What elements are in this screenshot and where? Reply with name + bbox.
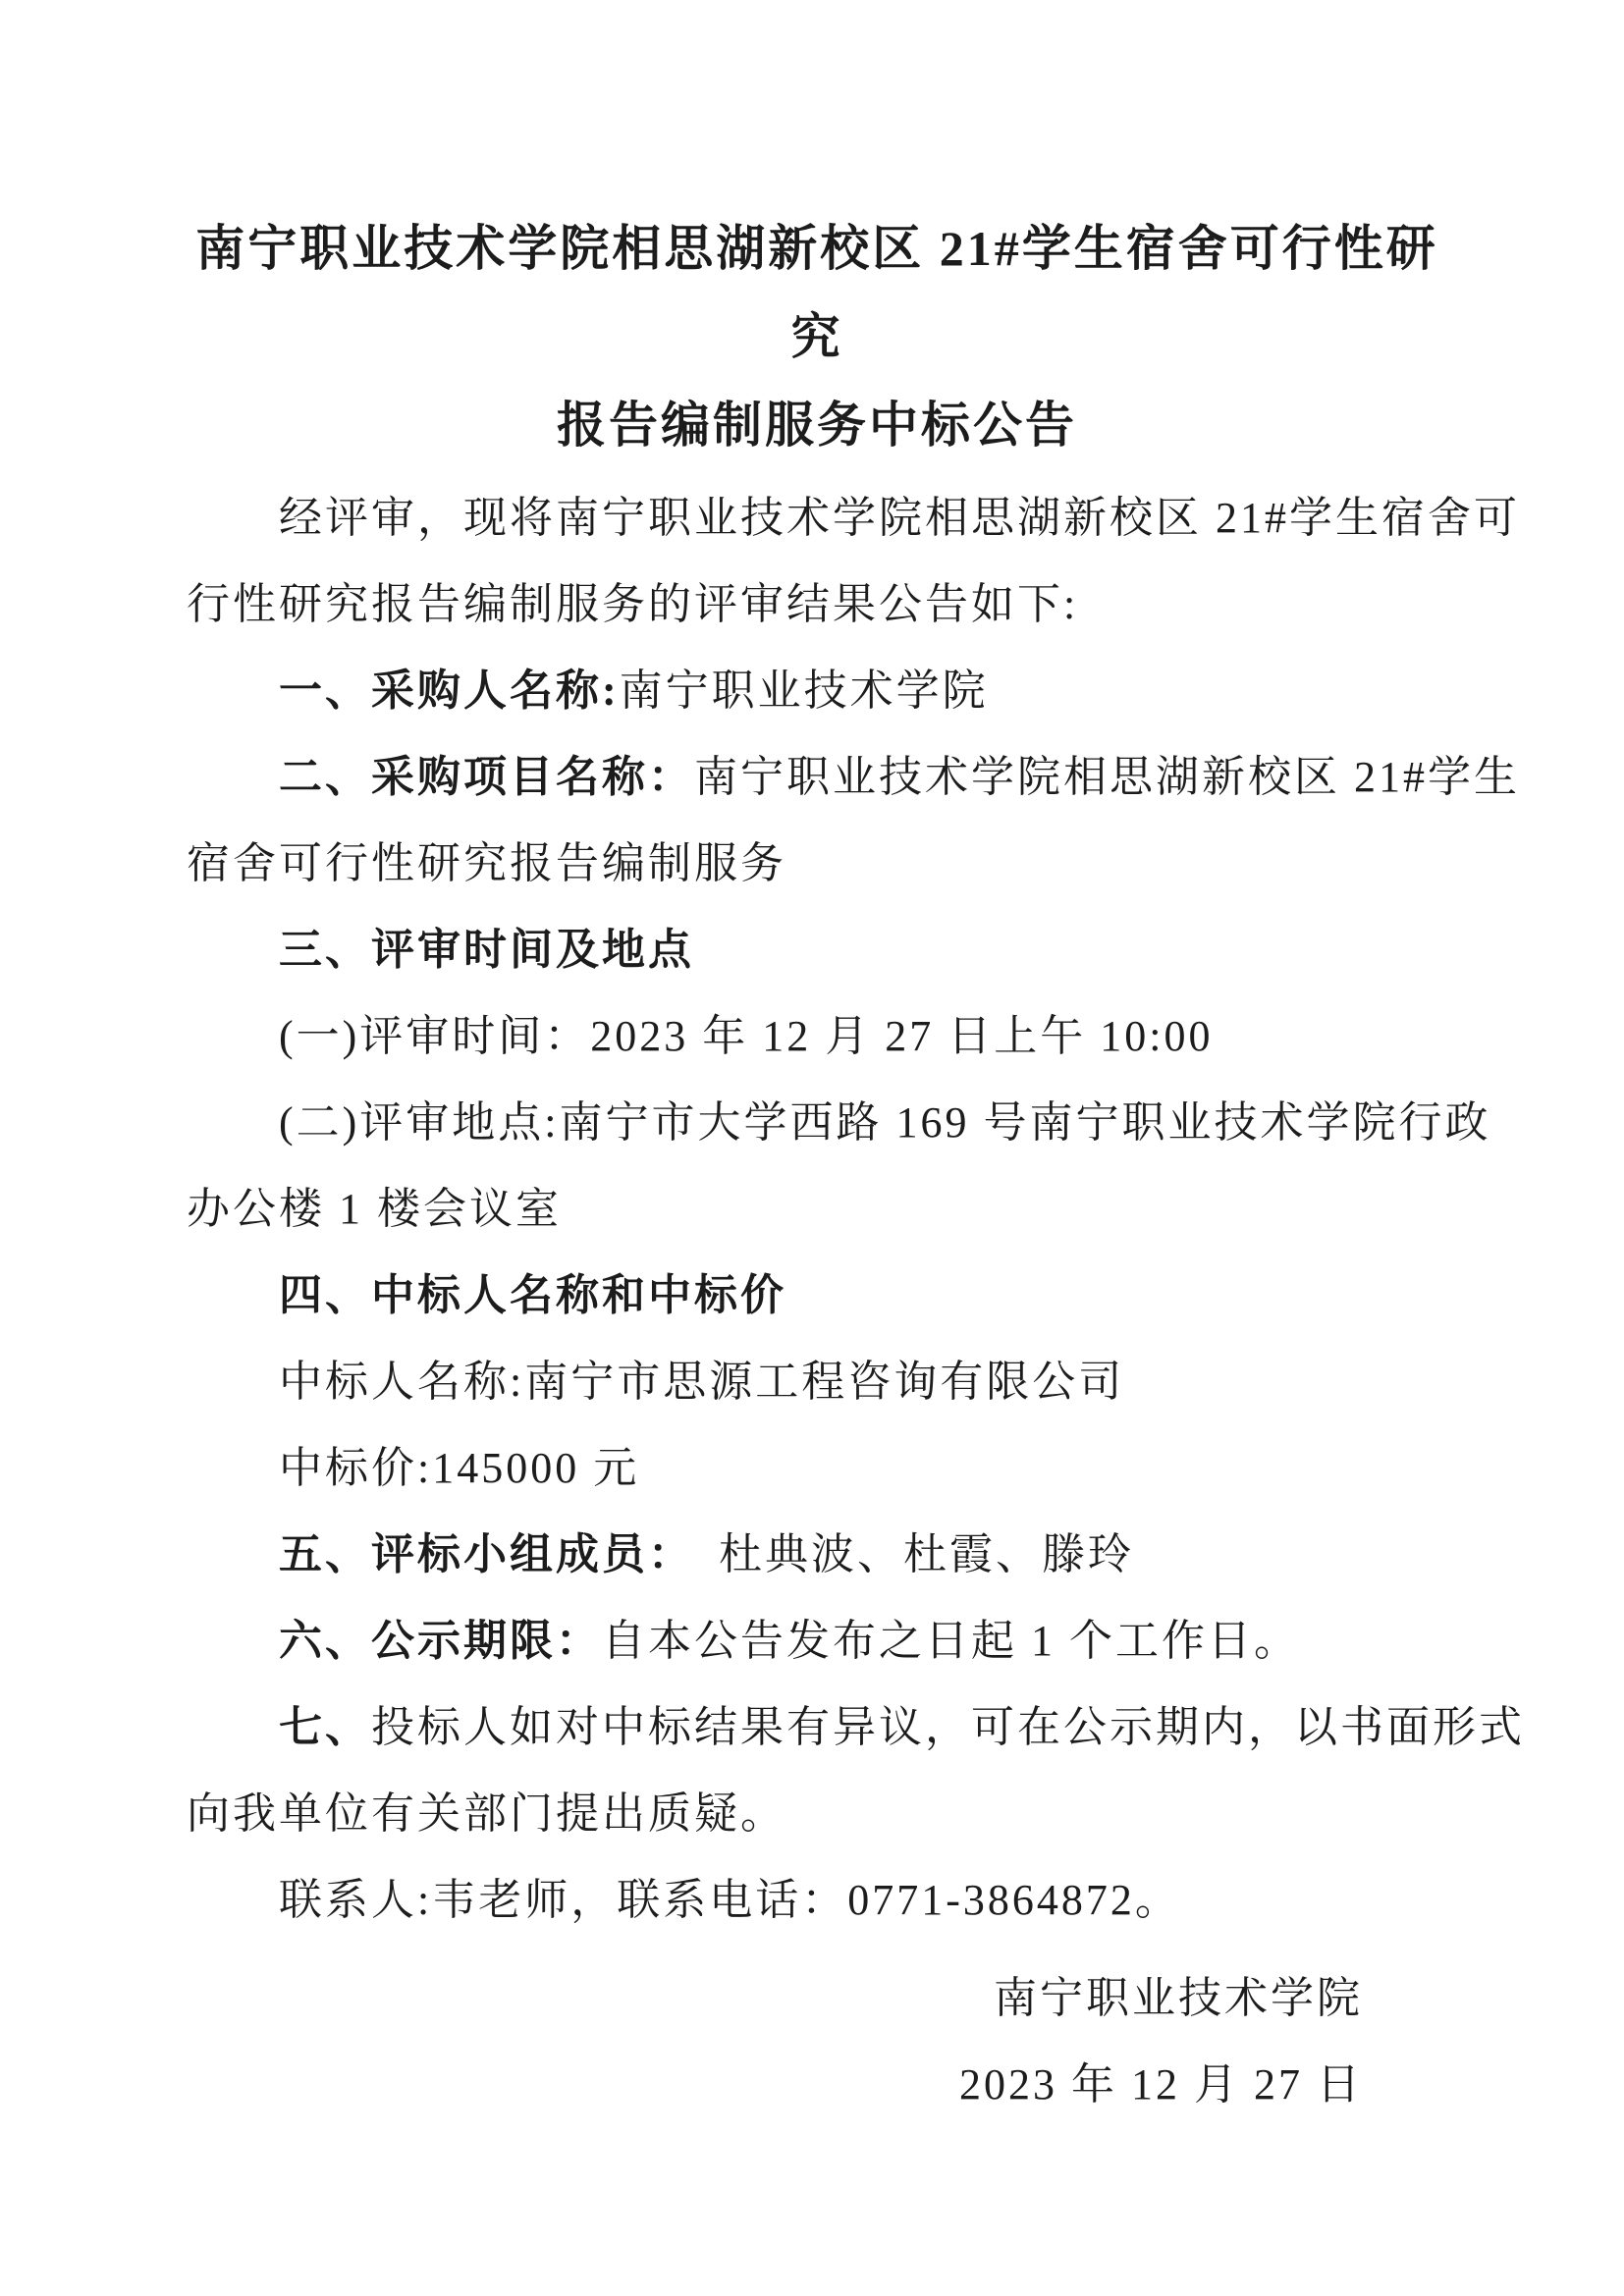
line-text: 行性研究报告编制服务的评审结果公告如下:: [187, 580, 1078, 628]
review-place-line-1: (二)评审地点:南宁市大学西路 169 号南宁职业技术学院行政: [187, 1080, 1447, 1166]
line-label: 二、采购项目名称：: [279, 753, 694, 801]
line-text: (一)评审时间：2023 年 12 月 27 日上午 10:00: [279, 1012, 1214, 1060]
line-label: 七、: [279, 1703, 371, 1751]
line-text: 中标价:145000 元: [279, 1444, 639, 1492]
line-text: 联系人:韦老师，联系电话：0771-3864872。: [279, 1876, 1181, 1924]
winner-price-line: 中标价:145000 元: [187, 1425, 1447, 1512]
signature-block: 南宁职业技术学院 2023 年 12 月 27 日: [187, 1955, 1447, 2128]
title-line-1: 南宁职业技术学院相思湖新校区 21#学生宿舍可行性研究: [187, 204, 1447, 381]
signature-org: 南宁职业技术学院: [187, 1955, 1363, 2042]
review-place-line-2: 办公楼 1 楼会议室: [187, 1166, 1447, 1253]
document-page: 南宁职业技术学院相思湖新校区 21#学生宿舍可行性研究 报告编制服务中标公告 经…: [0, 0, 1624, 2296]
line-label: 三、评审时间及地点: [279, 926, 694, 974]
line-text: 自本公告发布之日起 1 个工作日。: [602, 1617, 1300, 1665]
objection-line-1: 七、投标人如对中标结果有异议，可在公示期内，以书面形式: [187, 1684, 1447, 1771]
line-label: 五、评标小组成员：: [279, 1530, 673, 1578]
line-text: 向我单位有关部门提出质疑。: [187, 1789, 786, 1838]
line-text: 南宁职业技术学院: [620, 667, 989, 715]
winner-heading: 四、中标人名称和中标价: [187, 1253, 1447, 1339]
review-time-line: (一)评审时间：2023 年 12 月 27 日上午 10:00: [187, 993, 1447, 1080]
line-text: 中标人名称:南宁市思源工程咨询有限公司: [279, 1358, 1124, 1406]
line-text: 投标人如对中标结果有异议，可在公示期内，以书面形式: [371, 1703, 1525, 1751]
document-title: 南宁职业技术学院相思湖新校区 21#学生宿舍可行性研究 报告编制服务中标公告: [187, 204, 1447, 469]
line-label: 四、中标人名称和中标价: [279, 1271, 786, 1319]
line-text: 办公楼 1 楼会议室: [187, 1185, 562, 1233]
document-body: 经评审，现将南宁职业技术学院相思湖新校区 21#学生宿舍可 行性研究报告编制服务…: [187, 475, 1447, 1944]
line-text: 杜典波、杜霞、滕玲: [673, 1530, 1134, 1578]
project-name-line-2: 宿舍可行性研究报告编制服务: [187, 821, 1447, 907]
signature-date: 2023 年 12 月 27 日: [187, 2042, 1363, 2128]
evaluation-panel-line: 五、评标小组成员： 杜典波、杜霞、滕玲: [187, 1512, 1447, 1598]
publicity-period-line: 六、公示期限：自本公告发布之日起 1 个工作日。: [187, 1598, 1447, 1684]
winner-name-line: 中标人名称:南宁市思源工程咨询有限公司: [187, 1339, 1447, 1425]
line-label: 六、公示期限：: [279, 1617, 602, 1665]
line-label: 一、采购人名称:: [279, 667, 620, 715]
intro-line-2: 行性研究报告编制服务的评审结果公告如下:: [187, 561, 1447, 648]
review-time-place-heading: 三、评审时间及地点: [187, 907, 1447, 993]
line-text: 经评审，现将南宁职业技术学院相思湖新校区 21#学生宿舍可: [279, 494, 1520, 542]
contact-line: 联系人:韦老师，联系电话：0771-3864872。: [187, 1857, 1447, 1944]
announcement-document: 南宁职业技术学院相思湖新校区 21#学生宿舍可行性研究 报告编制服务中标公告 经…: [187, 0, 1447, 2128]
line-text: (二)评审地点:南宁市大学西路 169 号南宁职业技术学院行政: [279, 1098, 1491, 1147]
line-text: 南宁职业技术学院相思湖新校区 21#学生: [694, 753, 1520, 801]
purchaser-name-line: 一、采购人名称:南宁职业技术学院: [187, 648, 1447, 734]
line-text: 宿舍可行性研究报告编制服务: [187, 839, 786, 887]
project-name-line-1: 二、采购项目名称：南宁职业技术学院相思湖新校区 21#学生: [187, 734, 1447, 821]
objection-line-2: 向我单位有关部门提出质疑。: [187, 1771, 1447, 1857]
intro-line-1: 经评审，现将南宁职业技术学院相思湖新校区 21#学生宿舍可: [187, 475, 1447, 561]
title-line-2: 报告编制服务中标公告: [187, 381, 1447, 469]
